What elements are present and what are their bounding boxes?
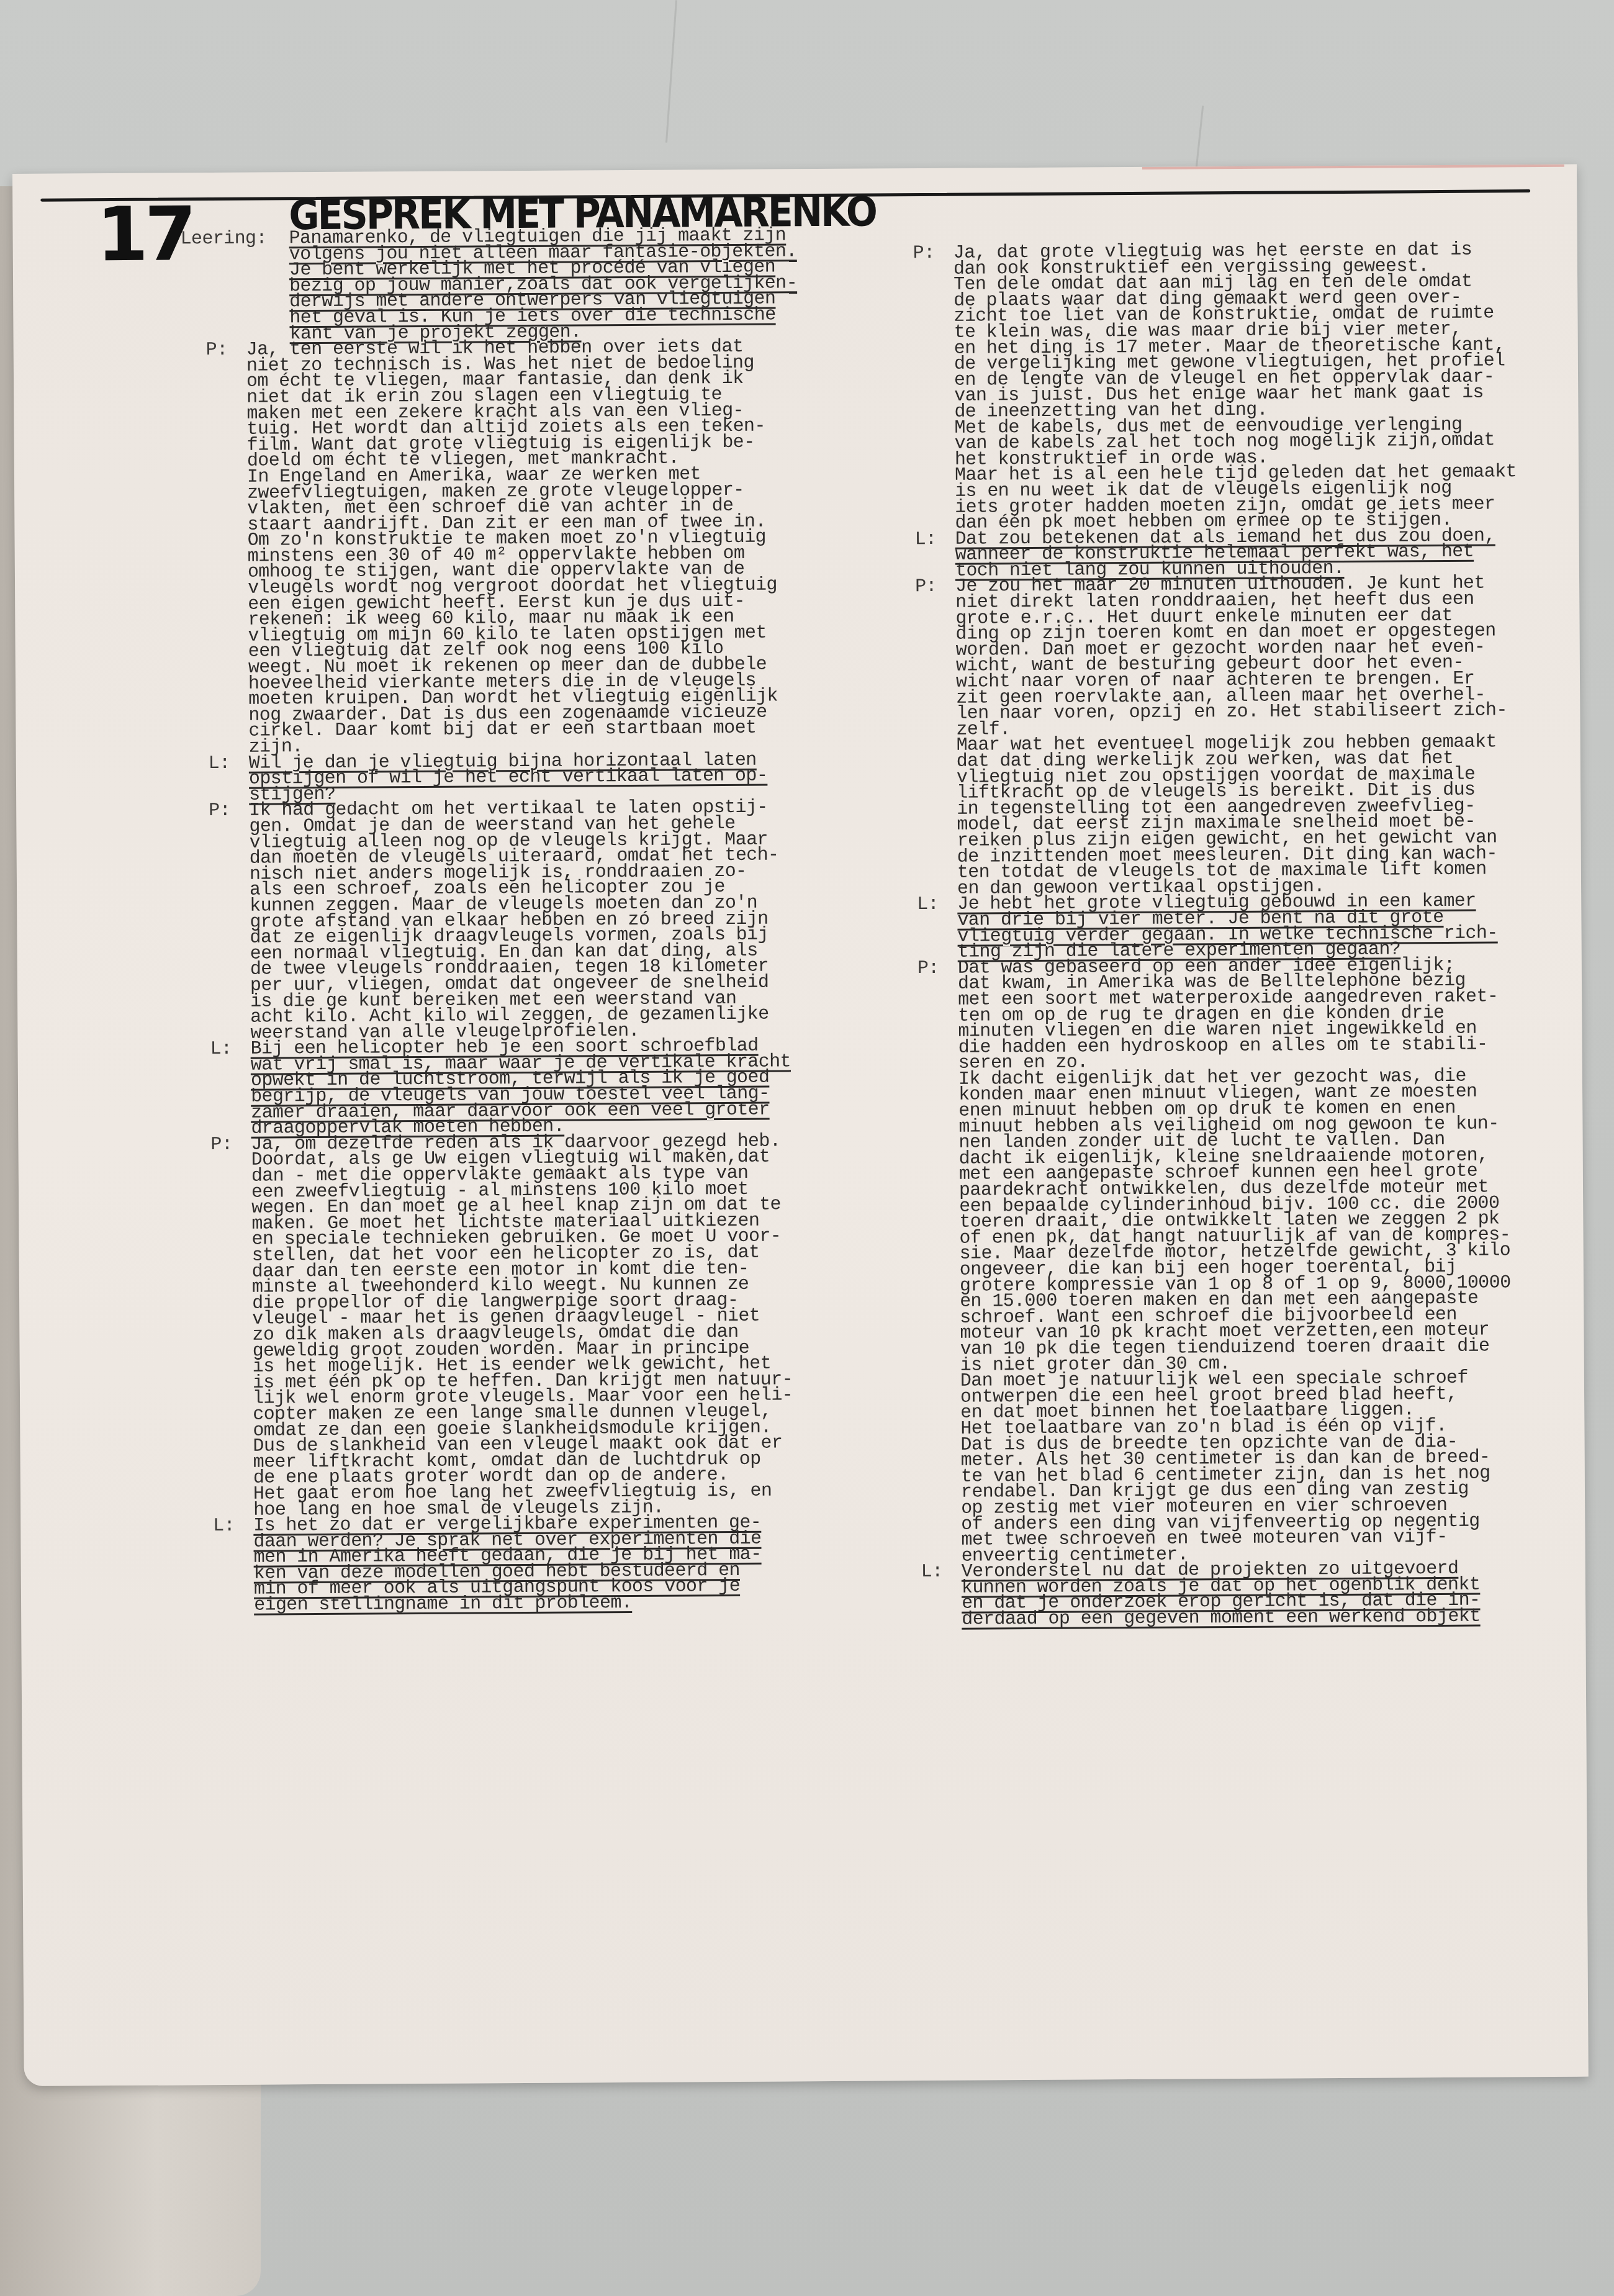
- speaker-label: L:: [915, 532, 937, 548]
- artist-answer: P: Je zou het maar 20 minuten uithouden.…: [890, 576, 1562, 897]
- right-column: P: Ja, dat grote vliegtuig was het eerst…: [888, 242, 1567, 1629]
- artist-answer: P: Ja, dat grote vliegtuig was het eerst…: [888, 242, 1561, 532]
- left-column: Leering: Panamarenko, de vliegtuigen die…: [181, 227, 891, 1614]
- artist-answer: P: Ja, om dezelfde reden als ik daarvoor…: [186, 1133, 890, 1519]
- speaker-label: P:: [209, 803, 230, 820]
- page-edge-accent: [1142, 165, 1564, 169]
- text-line: eigen stellingname in dit probleem.: [254, 1594, 890, 1614]
- backdrop-mark: [665, 0, 677, 143]
- text-line: derdaad op een gegeven moment een werken…: [962, 1609, 1567, 1629]
- interviewer-question: L: Wil je dan je vliegtuig bijna horizon…: [184, 752, 885, 804]
- speaker-label: P:: [917, 961, 939, 977]
- speaker-label: L:: [921, 1565, 943, 1581]
- turn-text: Je zou het maar 20 minuten uithouden. Je…: [955, 576, 1562, 897]
- speaker-label: L:: [917, 897, 939, 913]
- interviewer-question: L: Veronderstel nu dat de projekten zo u…: [896, 1561, 1567, 1629]
- turn-text: Je hebt het grote vliegtuig gebouwd in e…: [957, 893, 1563, 960]
- interviewer-question: L: Bij een helicopter heb je een soort s…: [186, 1038, 888, 1137]
- speaker-label: P:: [206, 343, 228, 359]
- speaker-label: L:: [213, 1519, 235, 1535]
- turn-text: Ja, ten eerste wil ik het hebben over ie…: [246, 339, 885, 756]
- document-page: 17 GESPREK MET PANAMARENKO Leering: Pana…: [12, 165, 1589, 2086]
- interviewer-question: L: Is het zo dat er vergelijkbare experi…: [188, 1515, 890, 1614]
- speaker-label: P:: [210, 1137, 232, 1154]
- turn-text: Wil je dan je vliegtuig bijna horizontaa…: [249, 752, 885, 803]
- turn-text: Veronderstel nu dat de projekten zo uitg…: [962, 1561, 1567, 1628]
- turn-text: Ja, dat grote vliegtuig was het eerste e…: [954, 242, 1561, 532]
- turn-text: Ja, om dezelfde reden als ik daarvoor ge…: [251, 1133, 890, 1518]
- interviewer-question: L: Je hebt het grote vliegtuig gebouwd i…: [892, 893, 1563, 961]
- speaker-label: L:: [209, 756, 230, 772]
- turn-text: Dat zou betekenen dat als iemand het dus…: [955, 528, 1561, 579]
- artist-answer: P: Dat was gebaseerd op een ander idee e…: [893, 957, 1567, 1565]
- turn-text: Is het zo dat er vergelijkbare experimen…: [253, 1515, 890, 1614]
- turn-text: Dat was gebaseerd op een ander idee eige…: [958, 957, 1567, 1565]
- interviewer-question: Leering: Panamarenko, de vliegtuigen die…: [181, 227, 883, 343]
- speaker-label: P:: [913, 246, 935, 262]
- artist-answer: P: Ik had gedacht om het vertikaal te la…: [184, 800, 886, 1042]
- speaker-label: L:: [210, 1042, 232, 1058]
- interviewer-question: L: Dat zou betekenen dat als iemand het …: [890, 528, 1561, 579]
- speaker-label: P:: [915, 579, 937, 595]
- text-line: len naar voren, opzij en zo. Het stabili…: [956, 703, 1561, 723]
- turn-text: Bij een helicopter heb je een soort schr…: [251, 1038, 888, 1137]
- turn-text: Panamarenko, de vliegtuigen die jij maak…: [289, 227, 883, 342]
- artist-answer: P: Ja, ten eerste wil ik het hebben over…: [181, 339, 885, 756]
- turn-text: Ik had gedacht om het vertikaal te laten…: [249, 800, 886, 1042]
- page-number: 17: [96, 197, 193, 273]
- speaker-label: Leering:: [181, 231, 267, 247]
